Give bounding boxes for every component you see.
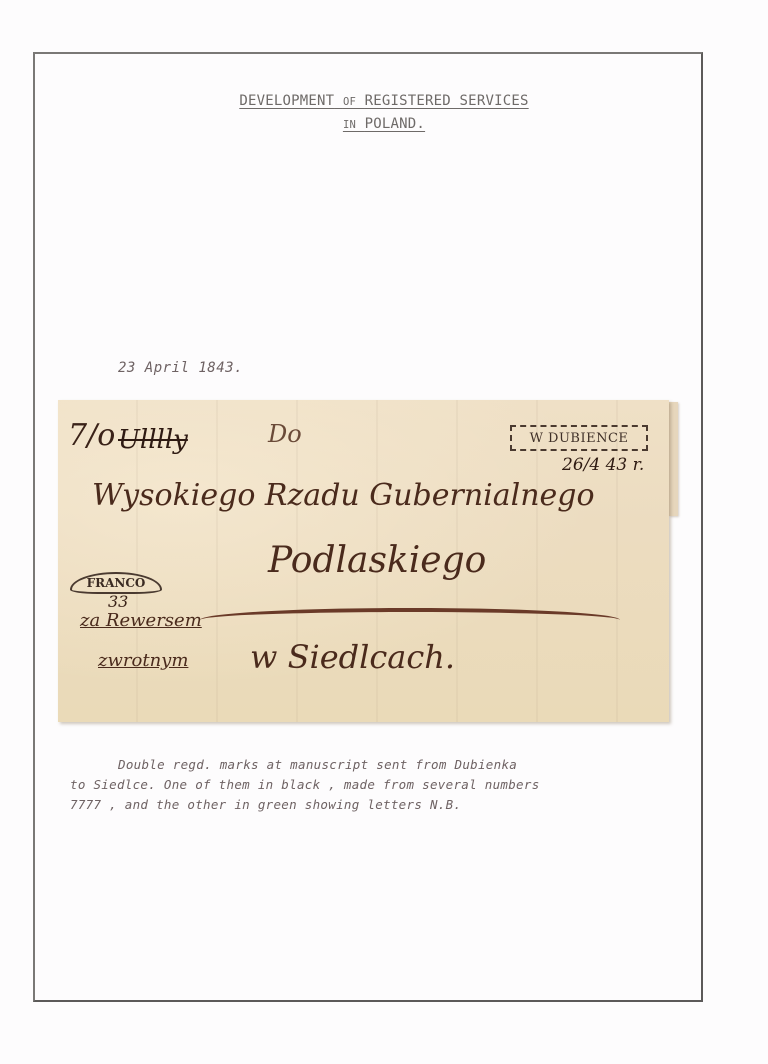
address-line-2: Podlaskiego	[268, 540, 486, 581]
title-word-in: IN	[343, 119, 356, 131]
caption-line-1: Double regd. marks at manuscript sent fr…	[70, 755, 670, 775]
description-caption: Double regd. marks at manuscript sent fr…	[70, 755, 670, 815]
address-line-3: w Siedlcach.	[250, 638, 455, 676]
page-title-line-2: IN POLAND.	[0, 116, 768, 132]
address-line-1: Wysokiego Rzadu Gubernialnego	[92, 478, 595, 513]
cover-fold-flap	[669, 402, 678, 516]
registration-note-2: zwrotnym	[98, 650, 188, 671]
salutation-do: Do	[268, 420, 302, 448]
title-word-registered-services: REGISTERED SERVICES	[365, 93, 529, 109]
caption-line-2: to Siedlce. One of them in black , made …	[70, 775, 670, 795]
postage-manuscript-mark: 7/o	[68, 418, 115, 453]
date-caption: 23 April 1843.	[118, 360, 243, 376]
registration-note-1: za Rewersem	[80, 610, 202, 631]
struck-through-word: Ulllly	[118, 425, 188, 455]
title-word-poland: POLAND.	[365, 116, 425, 132]
title-word-of: OF	[343, 96, 356, 108]
manuscript-date: 26/4 43 r.	[562, 455, 644, 475]
caption-line-3: 7777 , and the other in green showing le…	[70, 795, 670, 815]
page-title-line-1: DEVELOPMENT OF REGISTERED SERVICES	[0, 93, 768, 109]
title-word-development: DEVELOPMENT	[239, 93, 334, 109]
town-cancel-stamp: W DUBIENCE	[510, 425, 648, 451]
franco-number: 33	[108, 592, 128, 611]
